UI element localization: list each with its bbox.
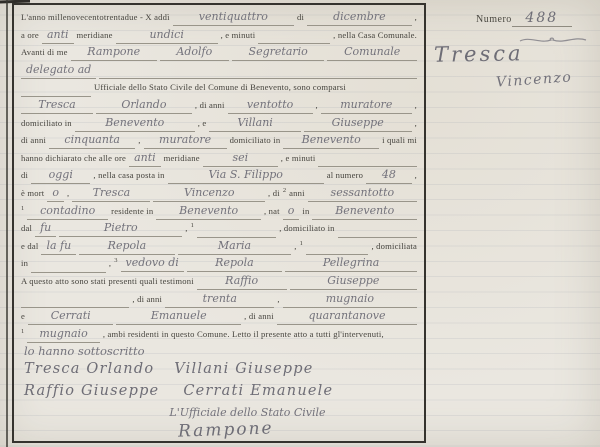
blank-field — [318, 150, 417, 168]
blank-field — [197, 220, 276, 238]
blank-field — [99, 62, 417, 80]
printed-text: L'anno millenovecentotrentadue - X addì — [21, 9, 170, 25]
handwritten-entry: Pietro — [59, 220, 182, 237]
printed-text: , — [415, 97, 417, 113]
printed-text: , — [316, 97, 318, 113]
form-line: in,3vedovo diRepolaPellegrina — [21, 255, 417, 273]
form-line: delegato ad — [21, 62, 417, 80]
handwritten-entry: anti — [42, 27, 74, 44]
form-line: 1contadinoresidente inBenevento, natoinB… — [21, 203, 417, 221]
handwritten-entry: Benevento — [283, 132, 379, 149]
printed-text: anni — [289, 185, 305, 201]
handwritten-entry: Adolfo — [160, 44, 229, 61]
footnote-marker: 1 — [300, 236, 303, 252]
form-line: Avanti di meRamponeAdolfoSegretarioComun… — [21, 44, 417, 62]
handwritten-entry: muratore — [321, 97, 412, 114]
printed-text: di anni — [21, 132, 46, 148]
margin-column: Numero 488 Tresca Vincenzo — [432, 0, 600, 447]
footnote-marker: 1 — [21, 324, 24, 340]
blank-field — [21, 79, 91, 97]
printed-text: , nella casa posta in — [93, 167, 164, 183]
printed-text: meridiane — [77, 27, 113, 43]
form-line: eCerratiEmanuele, di anniquarantanove — [21, 308, 417, 326]
document-scan: L'anno millenovecentotrentadue - X addìv… — [0, 0, 600, 447]
form-line: TrescaOrlando, di anniventotto,muratore, — [21, 97, 417, 115]
printed-text: , domiciliata — [371, 238, 417, 254]
handwritten-entry: Raffio — [197, 273, 287, 290]
blank-field — [306, 238, 369, 256]
printed-text: , e — [198, 115, 207, 131]
handwritten-note: lo hanno sottoscritto — [21, 343, 148, 359]
printed-text: , — [67, 185, 69, 201]
handwritten-entry: Via S. Filippo — [168, 167, 324, 184]
handwritten-entry: undici — [116, 27, 218, 44]
printed-text: meridiane — [164, 150, 200, 166]
form-line: Raffio GiuseppeCerrati Emanuele — [21, 383, 417, 405]
printed-text: i quali mi — [382, 132, 417, 148]
printed-text: , — [185, 220, 187, 236]
flourish-ornament — [518, 34, 588, 46]
footnote-marker: 2 — [283, 183, 286, 199]
handwritten-entry: Maria — [178, 238, 292, 255]
printed-text: , e minuti — [281, 150, 316, 166]
form-line: 1mugnaio, ambi residenti in questo Comun… — [21, 326, 417, 344]
handwritten-entry: trenta — [165, 291, 274, 308]
form-line: L'anno millenovecentotrentadue - X addìv… — [21, 9, 417, 27]
handwritten-entry: dicembre — [307, 9, 412, 26]
printed-text: , — [294, 238, 296, 254]
handwritten-entry: Vincenzo — [153, 185, 265, 202]
printed-text: , di — [268, 185, 280, 201]
numero-label: Numero — [476, 14, 512, 25]
page-edge-line — [6, 0, 8, 447]
printed-text: , e minuti — [221, 27, 256, 43]
form-line: dalfuPietro,1, domiciliato in — [21, 220, 417, 238]
handwritten-entry: delegato ad — [21, 62, 96, 79]
printed-text: , di anni — [195, 97, 225, 113]
signature: Villani Giuseppe — [171, 361, 316, 377]
footnote-marker: 3 — [114, 253, 117, 269]
printed-text: , — [415, 9, 417, 25]
signature: Cerrati Emanuele — [180, 383, 336, 399]
handwritten-entry: 48 — [366, 167, 412, 184]
form-line: A questo atto sono stati presenti quali … — [21, 273, 417, 291]
printed-text: hanno dichiarato che alle ore — [21, 150, 126, 166]
form-line: a oreantimeridianeundici, e minuti, nell… — [21, 27, 417, 45]
handwritten-entry: Villani — [209, 115, 300, 132]
handwritten-entry: ventiquattro — [173, 9, 294, 26]
handwritten-entry: Benevento — [312, 203, 417, 220]
blank-field — [258, 27, 330, 45]
form-line: hanno dichiarato che alle oreantimeridia… — [21, 150, 417, 168]
footnote-marker: 1 — [21, 201, 24, 217]
handwritten-entry: sei — [203, 150, 278, 167]
handwritten-entry: anti — [129, 150, 161, 167]
printed-text: a ore — [21, 27, 39, 43]
printed-text: , — [415, 167, 417, 183]
printed-text: domiciliato in — [230, 132, 281, 148]
form-line: e dalla fuRepolaMaria,1, domiciliata — [21, 238, 417, 256]
form-line: , di annitrenta,mugnaio — [21, 291, 417, 309]
printed-text: , — [415, 115, 417, 131]
margin-deceased-given-name: Vincenzo — [496, 69, 573, 90]
handwritten-entry: vedovo di — [121, 255, 184, 272]
printed-text: , ambi residenti in questo Comune. Letto… — [103, 326, 384, 342]
printed-text: , nat — [264, 203, 280, 219]
signature: Raffio Giuseppe — [21, 383, 162, 399]
handwritten-entry: la fu — [41, 238, 76, 255]
blank-field — [31, 255, 106, 273]
handwritten-entry: mugnaio — [283, 291, 417, 308]
handwritten-entry: contadino — [27, 203, 108, 220]
handwritten-entry: Tresca — [21, 97, 93, 114]
handwritten-entry: Comunale — [327, 44, 417, 61]
blank-field — [338, 220, 417, 238]
form-lines: L'anno millenovecentotrentadue - X addìv… — [21, 9, 417, 444]
handwritten-entry: fu — [35, 220, 56, 237]
handwritten-entry: Segretario — [232, 44, 325, 61]
handwritten-entry: Giuseppe — [304, 115, 412, 132]
blank-field — [21, 291, 129, 309]
handwritten-entry: Rampone — [71, 44, 157, 61]
handwritten-entry: Pellegrina — [285, 255, 417, 272]
handwritten-entry: o — [47, 185, 64, 202]
death-record-form: L'anno millenovecentotrentadue - X addìv… — [12, 3, 426, 443]
printed-text: , di anni — [132, 291, 162, 307]
printed-text: residente in — [111, 203, 153, 219]
form-line: è morto,TrescaVincenzo, di2annisessantot… — [21, 185, 417, 203]
printed-text: , nella Casa Comunale. — [333, 27, 417, 43]
form-line: Ufficiale dello Stato Civile del Comune … — [21, 79, 417, 97]
form-line: Tresca OrlandoVillani Giuseppe — [21, 361, 417, 383]
printed-text: è mort — [21, 185, 44, 201]
printed-text: , — [109, 255, 111, 271]
form-line: dioggi, nella casa posta inVia S. Filipp… — [21, 167, 417, 185]
printed-text: , — [138, 132, 140, 148]
margin-deceased-surname: Tresca — [434, 41, 524, 67]
form-line: Rampone — [21, 422, 417, 444]
handwritten-entry: oggi — [31, 167, 90, 184]
handwritten-entry: muratore — [144, 132, 227, 149]
handwritten-entry: Giuseppe — [290, 273, 417, 290]
printed-text: Ufficiale dello Stato Civile del Comune … — [94, 79, 346, 95]
printed-text: dal — [21, 220, 32, 236]
footnote-marker: 1 — [191, 218, 194, 234]
printed-text: e dal — [21, 238, 38, 254]
printed-text: , — [277, 291, 279, 307]
printed-text: di — [21, 167, 28, 183]
handwritten-entry: o — [283, 203, 300, 220]
signature: Tresca Orlando — [21, 361, 157, 377]
printed-text: al numero — [327, 167, 363, 183]
printed-text: domiciliato in — [21, 115, 72, 131]
form-line: di annicinquanta,muratoredomiciliato inB… — [21, 132, 417, 150]
handwritten-entry: Benevento — [156, 203, 261, 220]
form-line: domiciliato inBenevento, eVillaniGiusepp… — [21, 115, 417, 133]
printed-text: in — [21, 255, 28, 271]
record-number-row: Numero 488 — [476, 10, 572, 27]
handwritten-entry: Repola — [79, 238, 174, 255]
handwritten-entry: cinquanta — [49, 132, 135, 149]
handwritten-entry: quarantanove — [277, 308, 417, 325]
signature: Rampone — [175, 421, 277, 441]
printed-text: , di anni — [244, 308, 274, 324]
handwritten-entry: Cerrati — [28, 308, 113, 325]
printed-text: , domiciliato in — [279, 220, 334, 236]
handwritten-entry: Emanuele — [116, 308, 241, 325]
numero-value: 488 — [512, 10, 572, 27]
printed-text: in — [302, 203, 309, 219]
handwritten-entry: ventotto — [228, 97, 313, 114]
form-line: lo hanno sottoscritto — [21, 343, 417, 361]
printed-text: Avanti di me — [21, 44, 68, 60]
printed-text: e — [21, 308, 25, 324]
printed-text: A questo atto sono stati presenti quali … — [21, 273, 194, 289]
handwritten-entry: Tresca — [72, 185, 150, 202]
handwritten-entry: Repola — [187, 255, 282, 272]
handwritten-entry: Orlando — [96, 97, 192, 114]
printed-text: di — [297, 9, 304, 25]
handwritten-entry: sessantotto — [308, 185, 417, 202]
handwritten-entry: Benevento — [75, 115, 195, 132]
handwritten-entry: mugnaio — [27, 326, 100, 343]
